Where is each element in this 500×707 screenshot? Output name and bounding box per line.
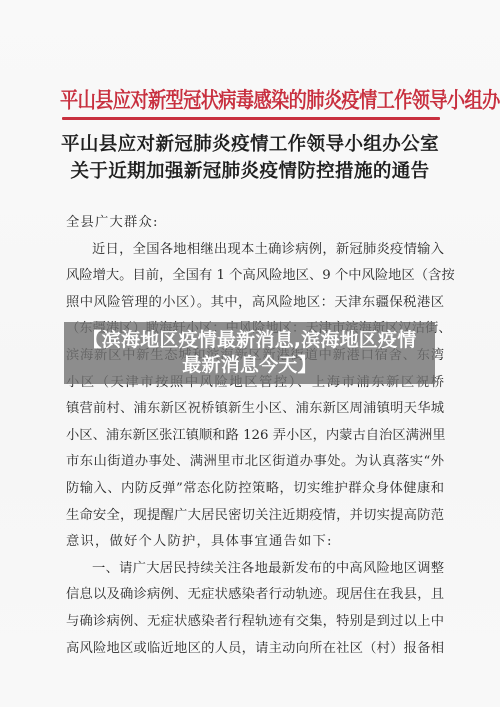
body-line: 市东山街道办事处、满洲里市北区街道办事处。为认真落实“外 xyxy=(66,449,444,476)
body-line: 风险增大。目前，全国有 1 个高风险地区、9 个中风险地区（含按 xyxy=(66,263,444,290)
document-body: 全县广大群众: 近日，全国各地相继出现本土确诊病例，新冠肺炎疫情输入 风险增大。… xyxy=(66,210,444,662)
body-line: 近日，全国各地相继出现本土确诊病例，新冠肺炎疫情输入 xyxy=(66,237,444,264)
article-title[interactable]: 【滨海地区疫情最新消息,滨海地区疫情最新消息今天】 xyxy=(80,328,420,378)
salutation: 全县广大群众: xyxy=(66,210,444,237)
document-page: 平山县应对新型冠状病毒感染的肺炎疫情工作领导小组办公室 平山县应对新冠肺炎疫情工… xyxy=(0,0,500,707)
document-title-line-1: 平山县应对新冠肺炎疫情工作领导小组办公室 xyxy=(60,130,440,156)
body-line: 高风险地区或临近地区的人员，请主动向所在社区（村）报备相 xyxy=(66,636,444,663)
body-line: 与确诊病例、无症状感染者行程轨迹有交集，特别是到过以上中 xyxy=(66,609,444,636)
body-line: 防输入、内防反弹”常态化防控策略，切实维护群众身体健康和 xyxy=(66,476,444,503)
article-title-overlay[interactable]: 【滨海地区疫情最新消息,滨海地区疫情最新消息今天】 xyxy=(64,322,435,384)
body-line: 镇营前村、浦东新区祝桥镇新生小区、浦东新区周浦镇明天华城 xyxy=(66,396,444,423)
body-line: 生命安全，现提醒广大居民密切关注近期疫情，并切实提高防范 xyxy=(66,503,444,530)
body-line: 信息以及确诊病例、无症状感染者行动轨迹。现居住在我县，且 xyxy=(66,582,444,609)
issuing-office-red-header: 平山县应对新型冠状病毒感染的肺炎疫情工作领导小组办公室 xyxy=(60,84,440,115)
body-line: 照中风险管理的小区）。其中，高风险地区：天津东疆保税港区 xyxy=(66,290,444,317)
body-line: 一、请广大居民持续关注各地最新发布的中高风险地区调整 xyxy=(66,556,444,583)
body-line: 小区、浦东新区张江镇顺和路 126 弄小区，内蒙古自治区满洲里 xyxy=(66,423,444,450)
document-title-line-2: 关于近期加强新冠肺炎疫情防控措施的通告 xyxy=(60,157,440,183)
body-line: 意识，做好个人防护，具体事宜通告如下: xyxy=(66,529,444,556)
red-divider-line xyxy=(62,117,440,120)
